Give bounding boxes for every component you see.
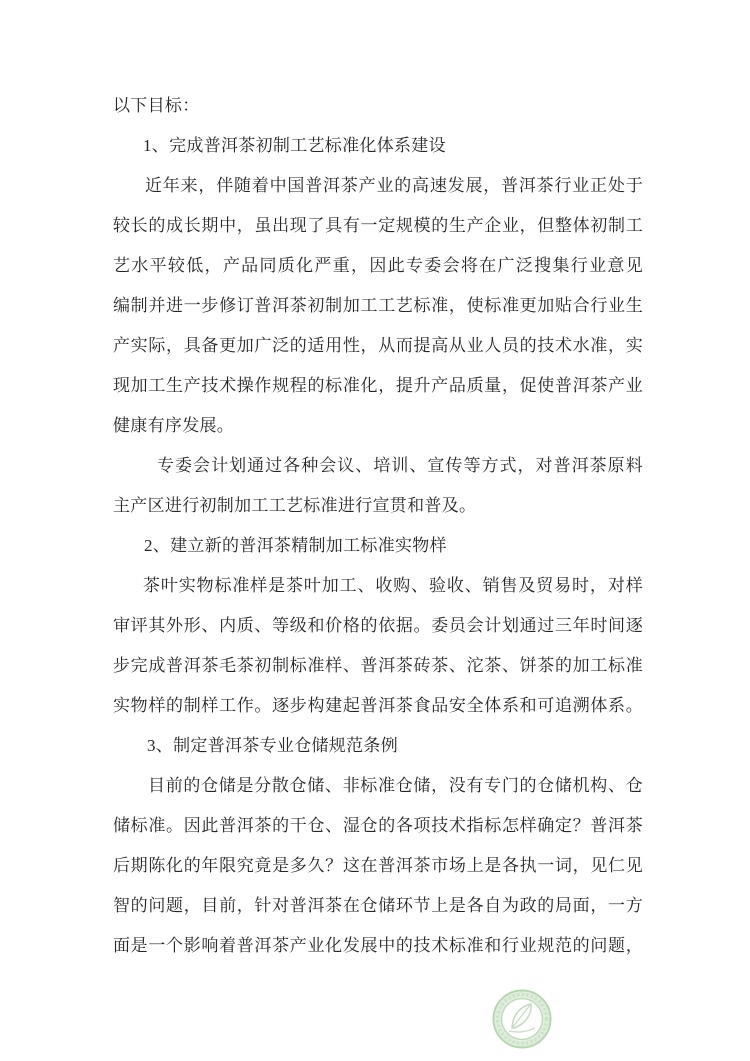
heading-line: 1、完成普洱茶初制工艺标准化体系建设 — [113, 126, 643, 166]
body-text-line: 编制并进一步修订普洱茶初制加工工艺标准，使标准更加贴合行业生 — [113, 286, 643, 326]
body-text-line: 目前的仓储是分散仓储、非标准仓储，没有专门的仓储机构、仓 — [113, 766, 643, 806]
body-text-line: 步完成普洱茶毛茶初制标准样、普洱茶砖茶、沱茶、饼茶的加工标准 — [113, 646, 643, 686]
body-text-line: 专委会计划通过各种会议、培训、宣传等方式，对普洱茶原料 — [113, 446, 643, 486]
document-page: 以下目标：1、完成普洱茶初制工艺标准化体系建设近年来，伴随着中国普洱茶产业的高速… — [0, 0, 750, 1061]
body-text-line: 艺水平较低，产品同质化严重，因此专委会将在广泛搜集行业意见后， — [113, 246, 643, 286]
body-text-line: 面是一个影响着普洱茶产业化发展中的技术标准和行业规范的问题， — [113, 926, 643, 966]
body-text-line: 健康有序发展。 — [113, 406, 643, 446]
body-text-line: 储标准。因此普洱茶的干仓、湿仓的各项技术指标怎样确定？普洱茶 — [113, 806, 643, 846]
body-text-line: 产实际，具备更加广泛的适用性，从而提高从业人员的技术水准，实 — [113, 326, 643, 366]
body-text-line: 后期陈化的年限究竟是多久？这在普洱茶市场上是各执一词，见仁见 — [113, 846, 643, 886]
body-text-line: 现加工生产技术操作规程的标准化，提升产品质量，促使普洱茶产业 — [113, 366, 643, 406]
heading-line: 2、建立新的普洱茶精制加工标准实物样 — [113, 526, 643, 566]
heading-line: 3、制定普洱茶专业仓储规范条例 — [113, 726, 643, 766]
body-text-line: 智的问题，目前，针对普洱茶在仓储环节上是各自为政的局面，一方 — [113, 886, 643, 926]
body-text-line: 茶叶实物标准样是茶叶加工、收购、验收、销售及贸易时，对样 — [113, 566, 643, 606]
body-text-line: 以下目标： — [113, 86, 643, 126]
body-text-line: 主产区进行初制加工工艺标准进行宣贯和普及。 — [113, 486, 643, 526]
body-text-line: 近年来，伴随着中国普洱茶产业的高速发展，普洱茶行业正处于 — [113, 166, 643, 206]
body-text-line: 实物样的制样工作。逐步构建起普洱茶食品安全体系和可追溯体系。 — [113, 686, 643, 726]
document-text-block: 以下目标：1、完成普洱茶初制工艺标准化体系建设近年来，伴随着中国普洱茶产业的高速… — [113, 86, 643, 966]
leaf-seal-watermark-icon — [490, 987, 554, 1051]
body-text-line: 审评其外形、内质、等级和价格的依据。委员会计划通过三年时间逐 — [113, 606, 643, 646]
body-text-line: 较长的成长期中，虽出现了具有一定规模的生产企业，但整体初制工 — [113, 206, 643, 246]
